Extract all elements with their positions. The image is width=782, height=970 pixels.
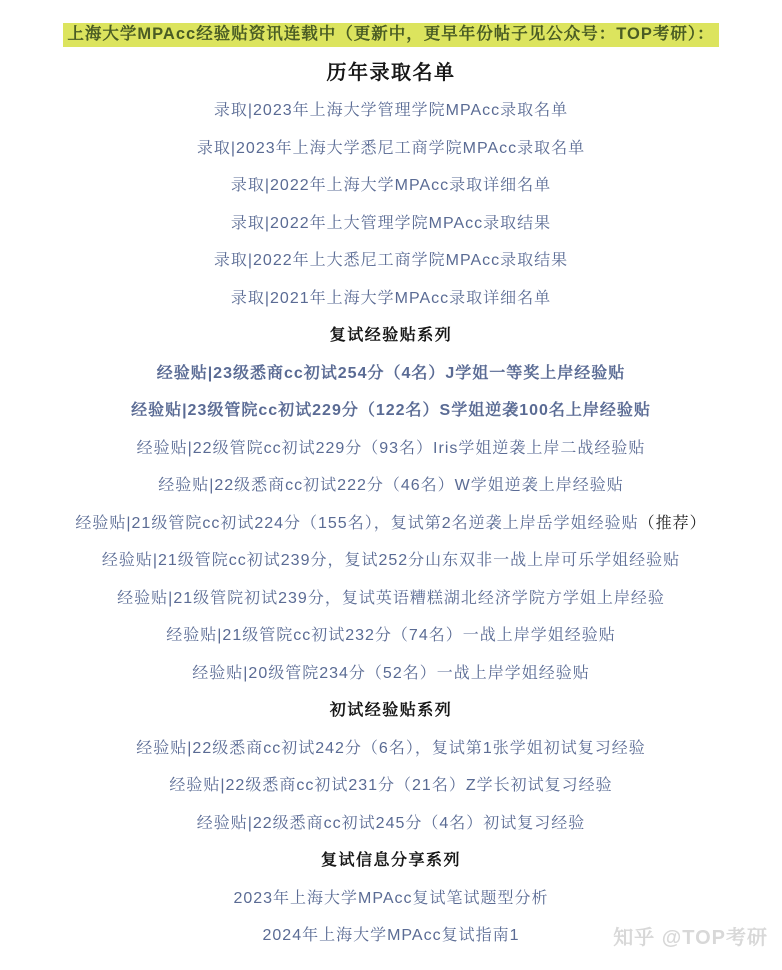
article-link[interactable]: 经验贴|21级管院初试239分，复试英语糟糕湖北经济学院方学姐上岸经验: [0, 577, 782, 615]
article-link-text: 录取|2023年上海大学悉尼工商学院MPAcc录取名单: [197, 135, 585, 158]
article-link[interactable]: 经验贴|23级管院cc初试229分（122名）S学姐逆袭100名上岸经验贴: [0, 390, 782, 428]
article-link[interactable]: 经验贴|21级管院cc初试232分（74名）一战上岸学姐经验贴: [0, 615, 782, 653]
article-link-text: 2024年上海大学MPAcc复试指南1: [263, 922, 520, 945]
article-link[interactable]: 录取|2022年上大管理学院MPAcc录取结果: [0, 202, 782, 240]
article-link-text: 录取|2021年上海大学MPAcc录取详细名单: [231, 285, 551, 308]
article-link-text: 经验贴|21级管院cc初试232分（74名）一战上岸学姐经验贴: [166, 622, 615, 645]
section-heading: 复试信息分享系列: [0, 840, 782, 878]
article-link-text: 经验贴|21级管院初试239分，复试英语糟糕湖北经济学院方学姐上岸经验: [117, 585, 665, 608]
article-link-text: 经验贴|23级管院cc初试229分（122名）S学姐逆袭100名上岸经验贴: [131, 397, 651, 420]
article-link[interactable]: 2023年上海大学MPAcc复试笔试题型分析: [0, 877, 782, 915]
article-link[interactable]: 录取|2021年上海大学MPAcc录取详细名单: [0, 277, 782, 315]
article-link[interactable]: 经验贴|21级管院cc初试224分（155名），复试第2名逆袭上岸岳学姐经验贴（…: [0, 502, 782, 540]
recommend-tag: （推荐）: [639, 510, 707, 533]
zhihu-watermark: 知乎 @TOP考研: [613, 921, 768, 950]
article-link-text: 2023年上海大学MPAcc复试笔试题型分析: [233, 885, 548, 908]
article-link-text: 经验贴|21级管院cc初试224分（155名），复试第2名逆袭上岸岳学姐经验贴: [75, 510, 638, 533]
sections-container: 录取|2023年上海大学管理学院MPAcc录取名单录取|2023年上海大学悉尼工…: [0, 90, 782, 953]
article-link-text: 录取|2022年上大管理学院MPAcc录取结果: [231, 210, 551, 233]
article-link[interactable]: 经验贴|22级悉商cc初试231分（21名）Z学长初试复习经验: [0, 765, 782, 803]
article-link[interactable]: 经验贴|22级悉商cc初试222分（46名）W学姐逆袭上岸经验贴: [0, 465, 782, 503]
article-link-text: 经验贴|22级悉商cc初试231分（21名）Z学长初试复习经验: [169, 772, 612, 795]
banner-row: 上海大学MPAcc经验贴资讯连载中（更新中，更早年份帖子见公众号：TOP考研）：: [0, 0, 782, 47]
section-heading: 初试经验贴系列: [0, 690, 782, 728]
article-link-text: 经验贴|22级悉商cc初试242分（6名），复试第1张学姐初试复习经验: [136, 735, 645, 758]
article-link-text: 经验贴|22级悉商cc初试245分（4名）初试复习经验: [197, 810, 586, 833]
article-link-text: 录取|2023年上海大学管理学院MPAcc录取名单: [214, 97, 568, 120]
article-link[interactable]: 经验贴|21级管院cc初试239分，复试252分山东双非一战上岸可乐学姐经验贴: [0, 540, 782, 578]
article-link-text: 经验贴|21级管院cc初试239分，复试252分山东双非一战上岸可乐学姐经验贴: [102, 547, 680, 570]
article-link[interactable]: 录取|2023年上海大学悉尼工商学院MPAcc录取名单: [0, 127, 782, 165]
article-link-text: 经验贴|22级悉商cc初试222分（46名）W学姐逆袭上岸经验贴: [158, 472, 624, 495]
article-link[interactable]: 录取|2022年上大悉尼工商学院MPAcc录取结果: [0, 240, 782, 278]
article-link-text: 录取|2022年上大悉尼工商学院MPAcc录取结果: [214, 247, 568, 270]
article-link-text: 录取|2022年上海大学MPAcc录取详细名单: [231, 172, 551, 195]
article-link[interactable]: 录取|2023年上海大学管理学院MPAcc录取名单: [0, 90, 782, 128]
article-link-text: 经验贴|23级悉商cc初试254分（4名）J学姐一等奖上岸经验贴: [157, 360, 626, 383]
article-link-text: 经验贴|20级管院234分（52名）一战上岸学姐经验贴: [192, 660, 589, 683]
page-title: 历年录取名单: [0, 60, 782, 86]
article-link[interactable]: 经验贴|20级管院234分（52名）一战上岸学姐经验贴: [0, 652, 782, 690]
article-link[interactable]: 经验贴|22级悉商cc初试242分（6名），复试第1张学姐初试复习经验: [0, 727, 782, 765]
banner-highlighted-text: 上海大学MPAcc经验贴资讯连载中（更新中，更早年份帖子见公众号：TOP考研）：: [63, 23, 718, 47]
article-link[interactable]: 经验贴|23级悉商cc初试254分（4名）J学姐一等奖上岸经验贴: [0, 352, 782, 390]
article-link[interactable]: 录取|2022年上海大学MPAcc录取详细名单: [0, 165, 782, 203]
article-link[interactable]: 经验贴|22级管院cc初试229分（93名）Iris学姐逆袭上岸二战经验贴: [0, 427, 782, 465]
article-link[interactable]: 经验贴|22级悉商cc初试245分（4名）初试复习经验: [0, 802, 782, 840]
article-link-text: 经验贴|22级管院cc初试229分（93名）Iris学姐逆袭上岸二战经验贴: [137, 435, 646, 458]
section-heading: 复试经验贴系列: [0, 315, 782, 353]
